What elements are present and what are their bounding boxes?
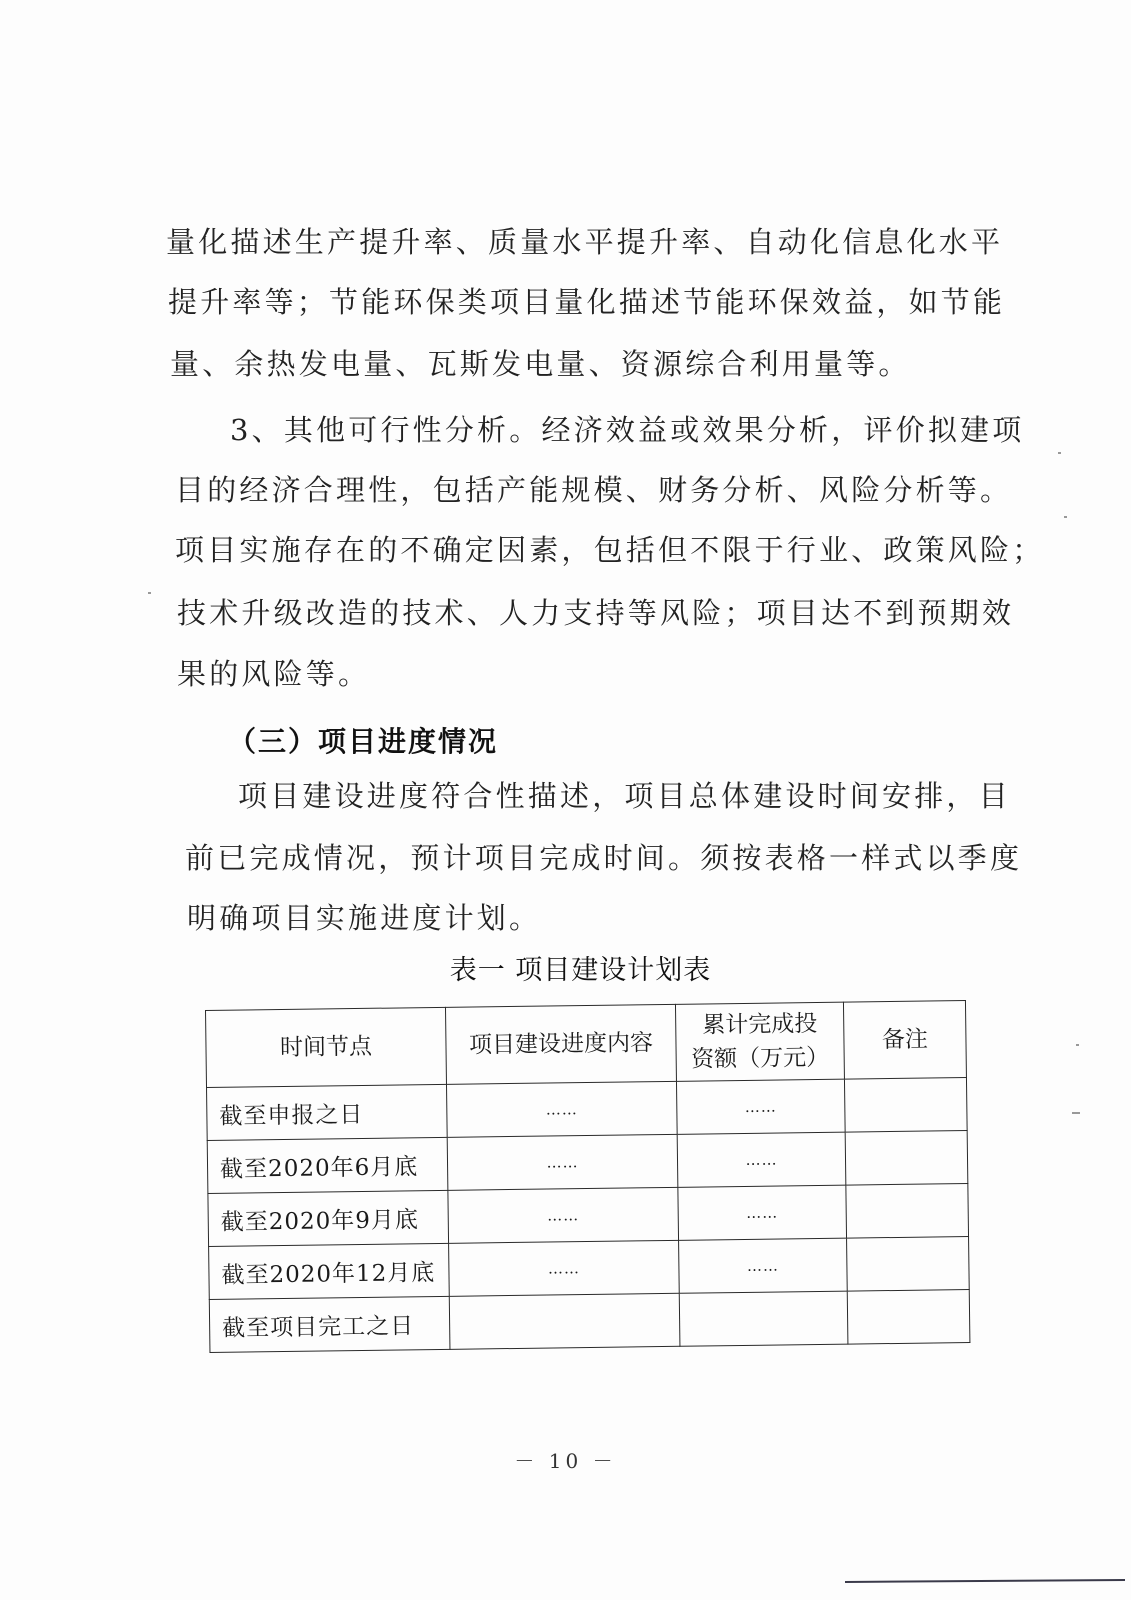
cell-progress: …… — [447, 1134, 678, 1190]
cell-investment: …… — [679, 1238, 848, 1293]
paragraph-line: 量、余热发电量、瓦斯发电量、资源综合利用量等。 — [170, 344, 911, 384]
cell-remarks — [847, 1290, 970, 1345]
section-line: 项目建设进度符合性描述，项目总体建设时间安排，目 — [238, 776, 1011, 816]
scan-artifact-line — [845, 1579, 1125, 1583]
document-page: 量化描述生产提升率、质量水平提升率、自动化信息化水平 提升率等；节能环保类项目量… — [0, 0, 1131, 1600]
scan-speck — [148, 592, 151, 594]
scan-speck — [1064, 516, 1067, 518]
paragraph-line: 目的经济合理性，包括产能规模、财务分析、风险分析等。 — [175, 470, 1012, 510]
cell-investment: …… — [676, 1079, 845, 1134]
cell-remarks — [847, 1237, 970, 1292]
scan-speck — [1076, 1044, 1079, 1046]
construction-plan-table: 时间节点 项目建设进度内容 累计完成投 资额（万元） 备注 截至申报之日 …… … — [205, 1000, 969, 1353]
table-caption: 表一 项目建设计划表 — [0, 948, 1131, 987]
header-cumulative-investment: 累计完成投 资额（万元） — [675, 1002, 844, 1081]
section-line: 前已完成情况，预计项目完成时间。须按表格一样式以季度 — [185, 838, 1022, 878]
cell-investment: …… — [677, 1132, 846, 1187]
paragraph-line: 提升率等；节能环保类项目量化描述节能环保效益，如节能 — [168, 282, 1005, 322]
cell-investment: …… — [678, 1185, 847, 1240]
section-line: 明确项目实施进度计划。 — [187, 898, 541, 938]
paragraph-line: 技术升级改造的技术、人力支持等风险；项目达不到预期效 — [177, 593, 1014, 633]
paragraph-line: 量化描述生产提升率、质量水平提升率、自动化信息化水平 — [166, 222, 1003, 262]
paragraph-line: 果的风险等。 — [177, 654, 370, 694]
cell-progress: …… — [448, 1187, 679, 1243]
table-header-row: 时间节点 项目建设进度内容 累计完成投 资额（万元） 备注 — [206, 1001, 967, 1088]
cell-time-node: 截至2020年12月底 — [209, 1243, 450, 1299]
cell-remarks — [845, 1131, 968, 1186]
cell-remarks — [846, 1184, 969, 1239]
header-time-node: 时间节点 — [206, 1007, 447, 1087]
header-progress-content: 项目建设进度内容 — [445, 1004, 676, 1084]
header-remarks: 备注 — [843, 1001, 966, 1080]
scan-speck — [1058, 452, 1061, 454]
cell-time-node: 截至申报之日 — [207, 1084, 448, 1140]
paragraph-line: 项目实施存在的不确定因素，包括但不限于行业、政策风险； — [175, 530, 1044, 570]
paragraph-line: 3、其他可行性分析。经济效益或效果分析，评价拟建项 — [230, 410, 1024, 450]
cell-progress: …… — [449, 1240, 680, 1296]
page-number: － 10 － — [0, 1445, 1131, 1474]
scan-speck — [1072, 1112, 1080, 1114]
section-heading: （三）项目进度情况 — [228, 720, 498, 760]
table-row: 截至项目完工之日 — [209, 1290, 970, 1353]
cell-progress — [449, 1293, 680, 1349]
cell-remarks — [844, 1078, 967, 1133]
cell-progress: …… — [446, 1081, 677, 1137]
cell-time-node: 截至2020年9月底 — [208, 1190, 449, 1246]
cell-time-node: 截至项目完工之日 — [209, 1296, 450, 1352]
cell-investment — [679, 1291, 848, 1346]
cell-time-node: 截至2020年6月底 — [207, 1137, 448, 1193]
